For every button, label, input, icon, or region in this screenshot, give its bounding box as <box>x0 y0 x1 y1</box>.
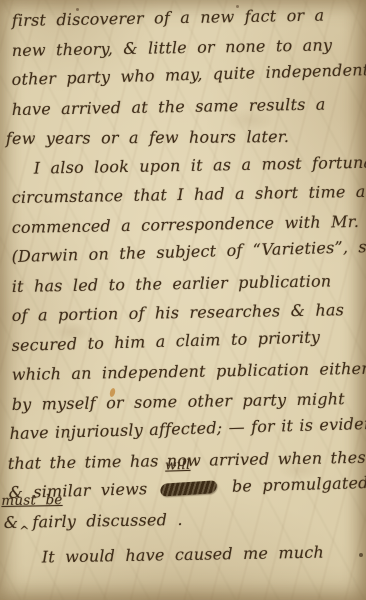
scribbled-out-word <box>159 480 218 497</box>
manuscript-line-4: have arrived at the same results a <box>11 88 359 124</box>
ink-speck <box>76 8 79 11</box>
ink-speck <box>236 5 239 8</box>
line-17-text-after-edit: be promulgated . <box>232 473 366 496</box>
manuscript-text: first discoverer of a new fact or a new … <box>0 0 366 573</box>
line-17-edit-stack: will <box>157 472 222 503</box>
caret-mark: ^ <box>19 516 30 546</box>
manuscript-line-19: It would have caused me much <box>11 537 359 573</box>
line-18-text: fairly discussed . <box>32 509 183 531</box>
line-18-ampersand: & <box>4 512 19 531</box>
interline-insertion-will: will <box>165 459 191 473</box>
letter-page: first discoverer of a new fact or a new … <box>0 0 366 600</box>
manuscript-line-18: must be &^fairly discussed . <box>3 501 359 537</box>
interline-insertion-must-be: must be <box>1 493 62 507</box>
ink-speck <box>359 553 363 557</box>
